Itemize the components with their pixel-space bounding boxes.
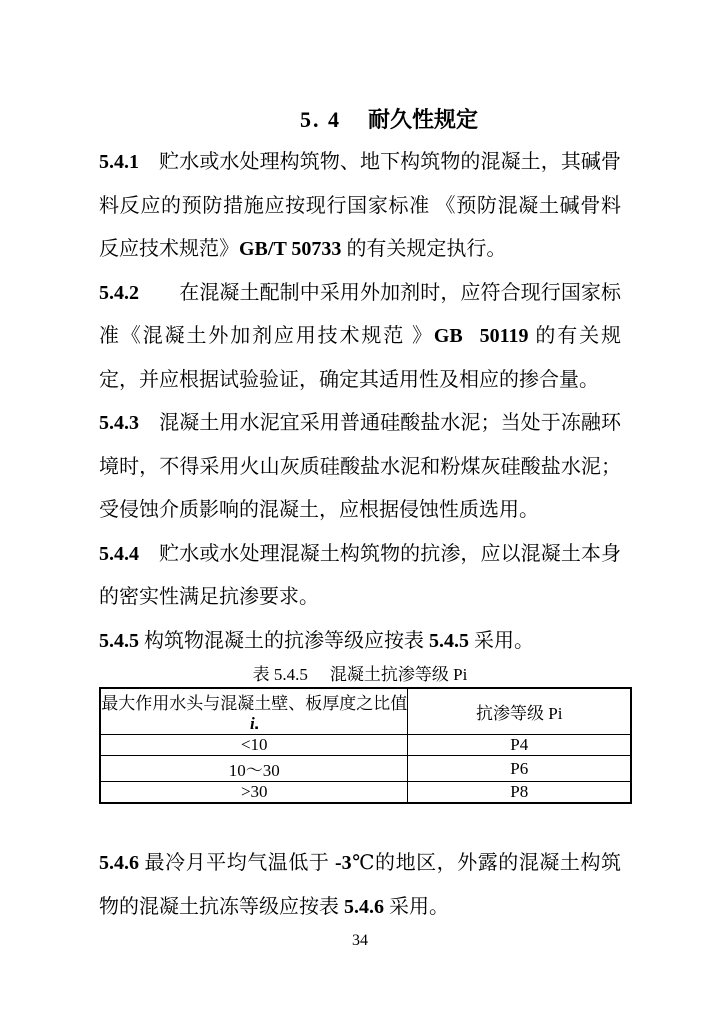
- table-caption: 表 5.4.5混凝土抗渗等级 Pi: [99, 663, 621, 687]
- table-header-row: 最大作用水头与混凝土壁、板厚度之比值 i▪ 抗渗等级 Pi: [100, 688, 631, 735]
- clause-text: 混凝土用水泥宜采用普通硅酸盐水泥；当处于冻融环境时，不得采用火山灰质硅酸盐水泥和…: [99, 412, 621, 521]
- table-row: 10～30 P6: [100, 756, 631, 782]
- clause-5-4-6: 5.4.6 最冷月平均气温低于 -3℃的地区，外露的混凝土构筑物的混凝土抗冻等级…: [99, 842, 621, 929]
- table-cell-ratio: >30: [100, 782, 408, 804]
- table-cell-ratio: 10～30: [100, 756, 408, 782]
- section-title: 5. 4耐久性规定: [99, 105, 621, 135]
- table-cell-grade: P8: [408, 782, 631, 804]
- clause-text: 贮水或水处理构筑物、地下构筑物的混凝土，其碱骨料反应的预防措施应按现行国家标准 …: [99, 151, 621, 260]
- section-title-text: 耐久性规定: [368, 107, 478, 132]
- clause-number: 5.4.4: [99, 543, 139, 565]
- page-number: 34: [99, 930, 621, 952]
- impermeability-grade-table: 最大作用水头与混凝土壁、板厚度之比值 i▪ 抗渗等级 Pi <10 P4 10～…: [99, 687, 632, 804]
- clause-text: 贮水或水处理混凝土构筑物的抗渗，应以混凝土本身的密实性满足抗渗要求。: [99, 543, 621, 609]
- section-title-number: 5. 4: [300, 107, 341, 132]
- clause-text: 最冷月平均气温低于 -3℃的地区，外露的混凝土构筑物的混凝土抗冻等级应按表 5.…: [99, 852, 621, 918]
- table-caption-title: 混凝土抗渗等级 Pi: [330, 665, 467, 684]
- clause-text: 在混凝土配制中采用外加剂时，应符合现行国家标准《混凝土外加剂应用技术规范 》GB…: [99, 282, 621, 391]
- table-row: <10 P4: [100, 735, 631, 756]
- clause-text: 构筑物混凝土的抗渗等级应按表 5.4.5 采用。: [139, 630, 534, 652]
- table-cell-grade: P6: [408, 756, 631, 782]
- table-header-ratio: 最大作用水头与混凝土壁、板厚度之比值 i▪: [100, 688, 408, 735]
- clause-number: 5.4.2: [99, 282, 139, 304]
- clause-number: 5.4.6: [99, 852, 139, 874]
- clause-5-4-2: 5.4.2 在混凝土配制中采用外加剂时，应符合现行国家标准《混凝土外加剂应用技术…: [99, 272, 621, 403]
- clause-5-4-1: 5.4.1 贮水或水处理构筑物、地下构筑物的混凝土，其碱骨料反应的预防措施应按现…: [99, 141, 621, 272]
- table-row: >30 P8: [100, 782, 631, 804]
- table-caption-number: 表 5.4.5: [253, 665, 308, 684]
- document-page: 5. 4耐久性规定 5.4.1 贮水或水处理构筑物、地下构筑物的混凝土，其碱骨料…: [0, 0, 717, 1012]
- table-cell-ratio: <10: [100, 735, 408, 756]
- clause-number: 5.4.5: [99, 630, 139, 652]
- clause-number: 5.4.3: [99, 412, 139, 434]
- table-cell-grade: P4: [408, 735, 631, 756]
- clause-5-4-5: 5.4.5 构筑物混凝土的抗渗等级应按表 5.4.5 采用。: [99, 620, 621, 664]
- table-header-grade: 抗渗等级 Pi: [408, 688, 631, 735]
- clause-number: 5.4.1: [99, 151, 139, 173]
- clause-5-4-4: 5.4.4 贮水或水处理混凝土构筑物的抗渗，应以混凝土本身的密实性满足抗渗要求。: [99, 533, 621, 620]
- clause-5-4-3: 5.4.3 混凝土用水泥宜采用普通硅酸盐水泥；当处于冻融环境时，不得采用火山灰质…: [99, 402, 621, 533]
